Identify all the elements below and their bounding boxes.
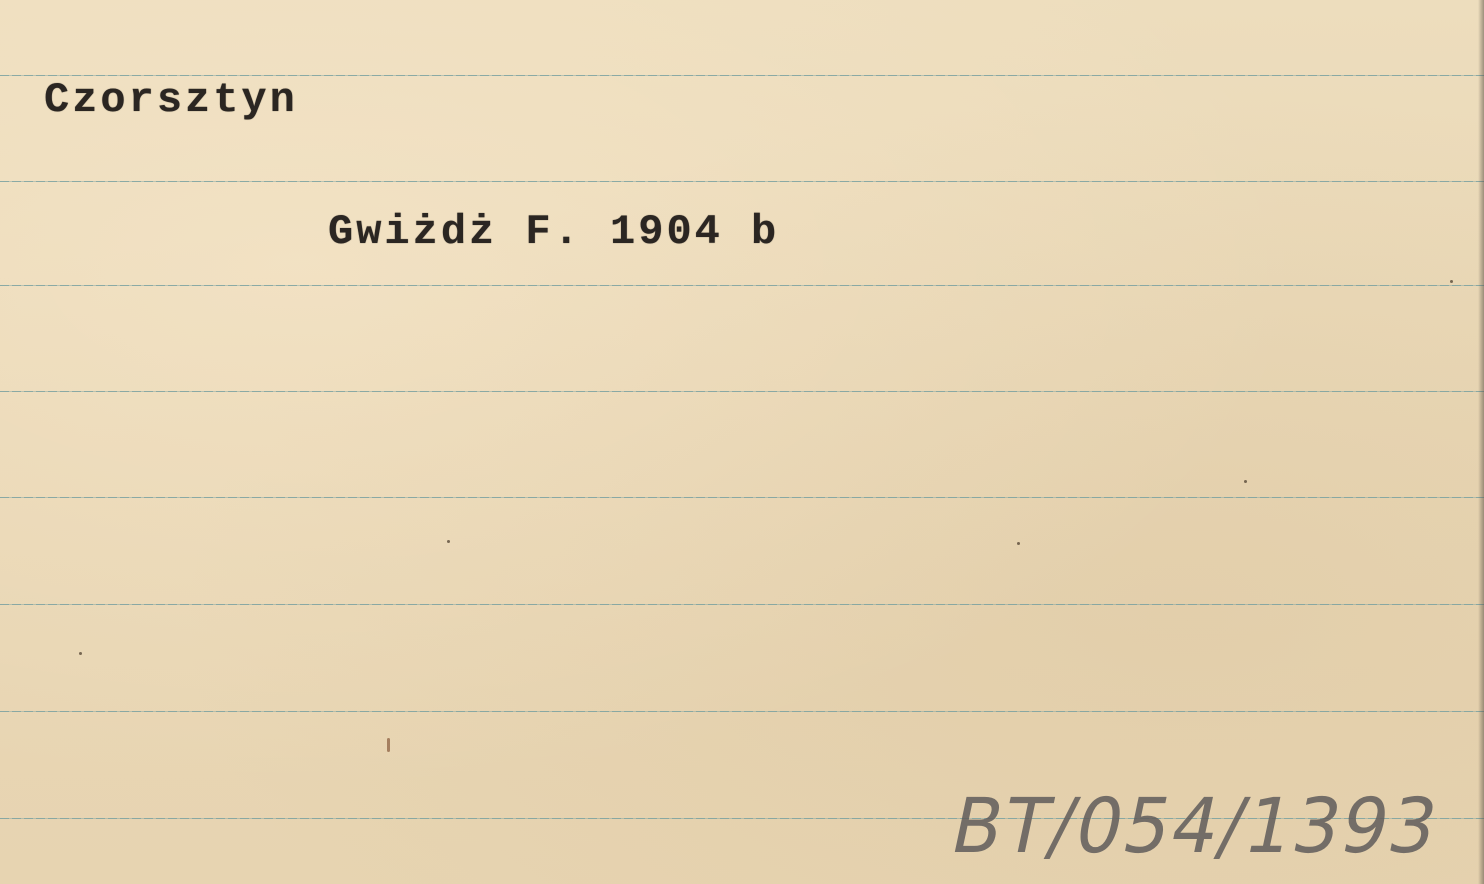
ruled-line (0, 285, 1484, 286)
paper-speck (1450, 280, 1453, 283)
paper-speck (387, 738, 390, 752)
catalog-card: Czorsztyn Gwiżdż F. 1904 b BT/054/1393 (0, 0, 1484, 884)
ruled-line (0, 604, 1484, 605)
card-heading: Czorsztyn (44, 76, 298, 124)
call-number: BT/054/1393 (944, 782, 1447, 870)
paper-speck (1017, 542, 1020, 545)
ruled-line (0, 711, 1484, 712)
paper-speck (447, 540, 450, 543)
ruled-line (0, 497, 1484, 498)
paper-speck (79, 652, 82, 655)
ruled-line (0, 181, 1484, 182)
card-entry: Gwiżdż F. 1904 b (328, 208, 779, 256)
paper-speck (1244, 480, 1247, 483)
ruled-line (0, 391, 1484, 392)
